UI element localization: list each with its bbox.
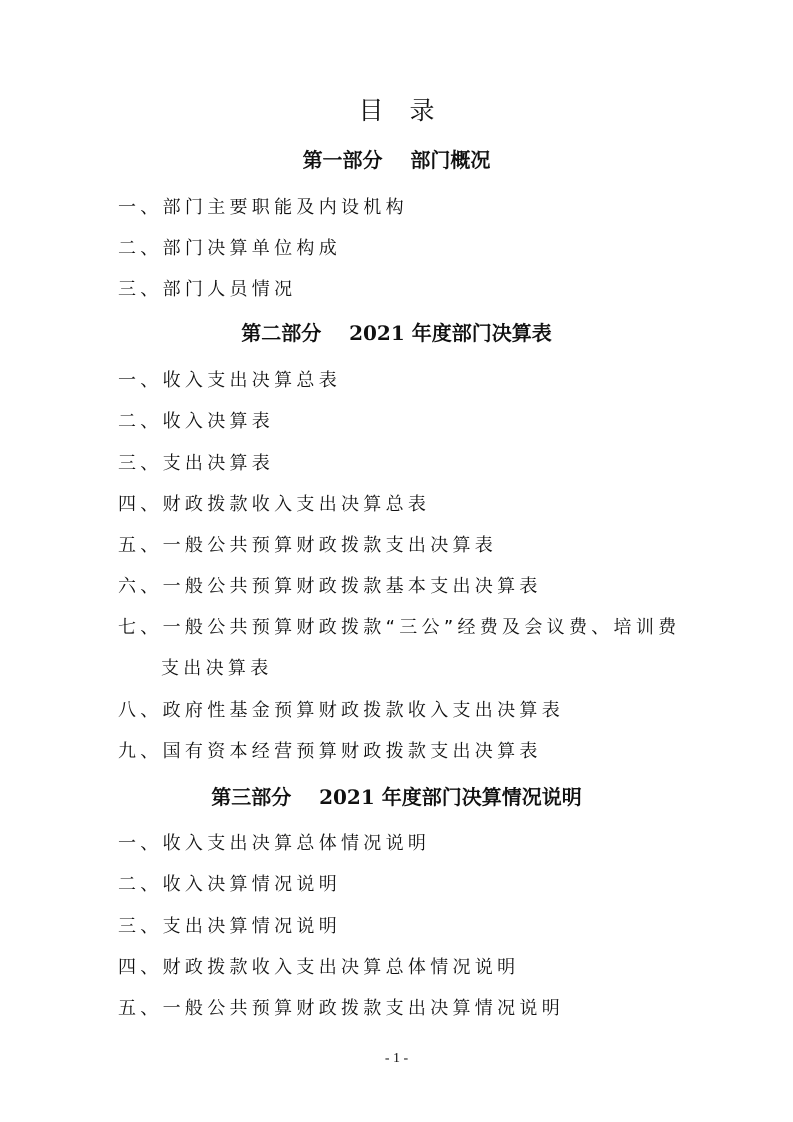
toc-item: 二、收入决算表 [118, 409, 274, 435]
section-heading-part-3: 第三部分 2021 年度部门决算情况说明 [0, 783, 793, 811]
page-number: - 1 - [0, 1050, 793, 1068]
toc-item: 五、一般公共预算财政拨款支出决算情况说明 [118, 996, 564, 1022]
toc-item: 四、财政拨款收入支出决算总体情况说明 [118, 955, 519, 981]
toc-item: 九、国有资本经营预算财政拨款支出决算表 [118, 739, 542, 765]
toc-item: 二、收入决算情况说明 [118, 872, 341, 898]
document-page: 目录 第一部分 部门概况 一、部门主要职能及内设机构 二、部门决算单位构成 三、… [0, 0, 793, 1122]
toc-item: 四、财政拨款收入支出决算总表 [118, 492, 430, 518]
toc-item: 一、收入支出决算总表 [118, 368, 341, 394]
toc-item-continuation: 支出决算表 [161, 656, 273, 682]
toc-item: 六、一般公共预算财政拨款基本支出决算表 [118, 574, 542, 600]
toc-item: 一、收入支出决算总体情况说明 [118, 831, 430, 857]
toc-item: 三、部门人员情况 [118, 277, 296, 303]
toc-item: 八、政府性基金预算财政拨款收入支出决算表 [118, 698, 564, 724]
toc-item: 三、支出决算表 [118, 451, 274, 477]
toc-item: 七、一般公共预算财政拨款“三公”经费及会议费、培训费 [118, 615, 680, 641]
toc-item: 五、一般公共预算财政拨款支出决算表 [118, 533, 497, 559]
section-heading-part-2: 第二部分 2021 年度部门决算表 [0, 319, 793, 347]
toc-item: 二、部门决算单位构成 [118, 236, 341, 262]
toc-title: 目录 [0, 94, 793, 128]
toc-item: 三、支出决算情况说明 [118, 914, 341, 940]
section-heading-part-1: 第一部分 部门概况 [0, 146, 793, 174]
toc-item: 一、部门主要职能及内设机构 [118, 195, 408, 221]
